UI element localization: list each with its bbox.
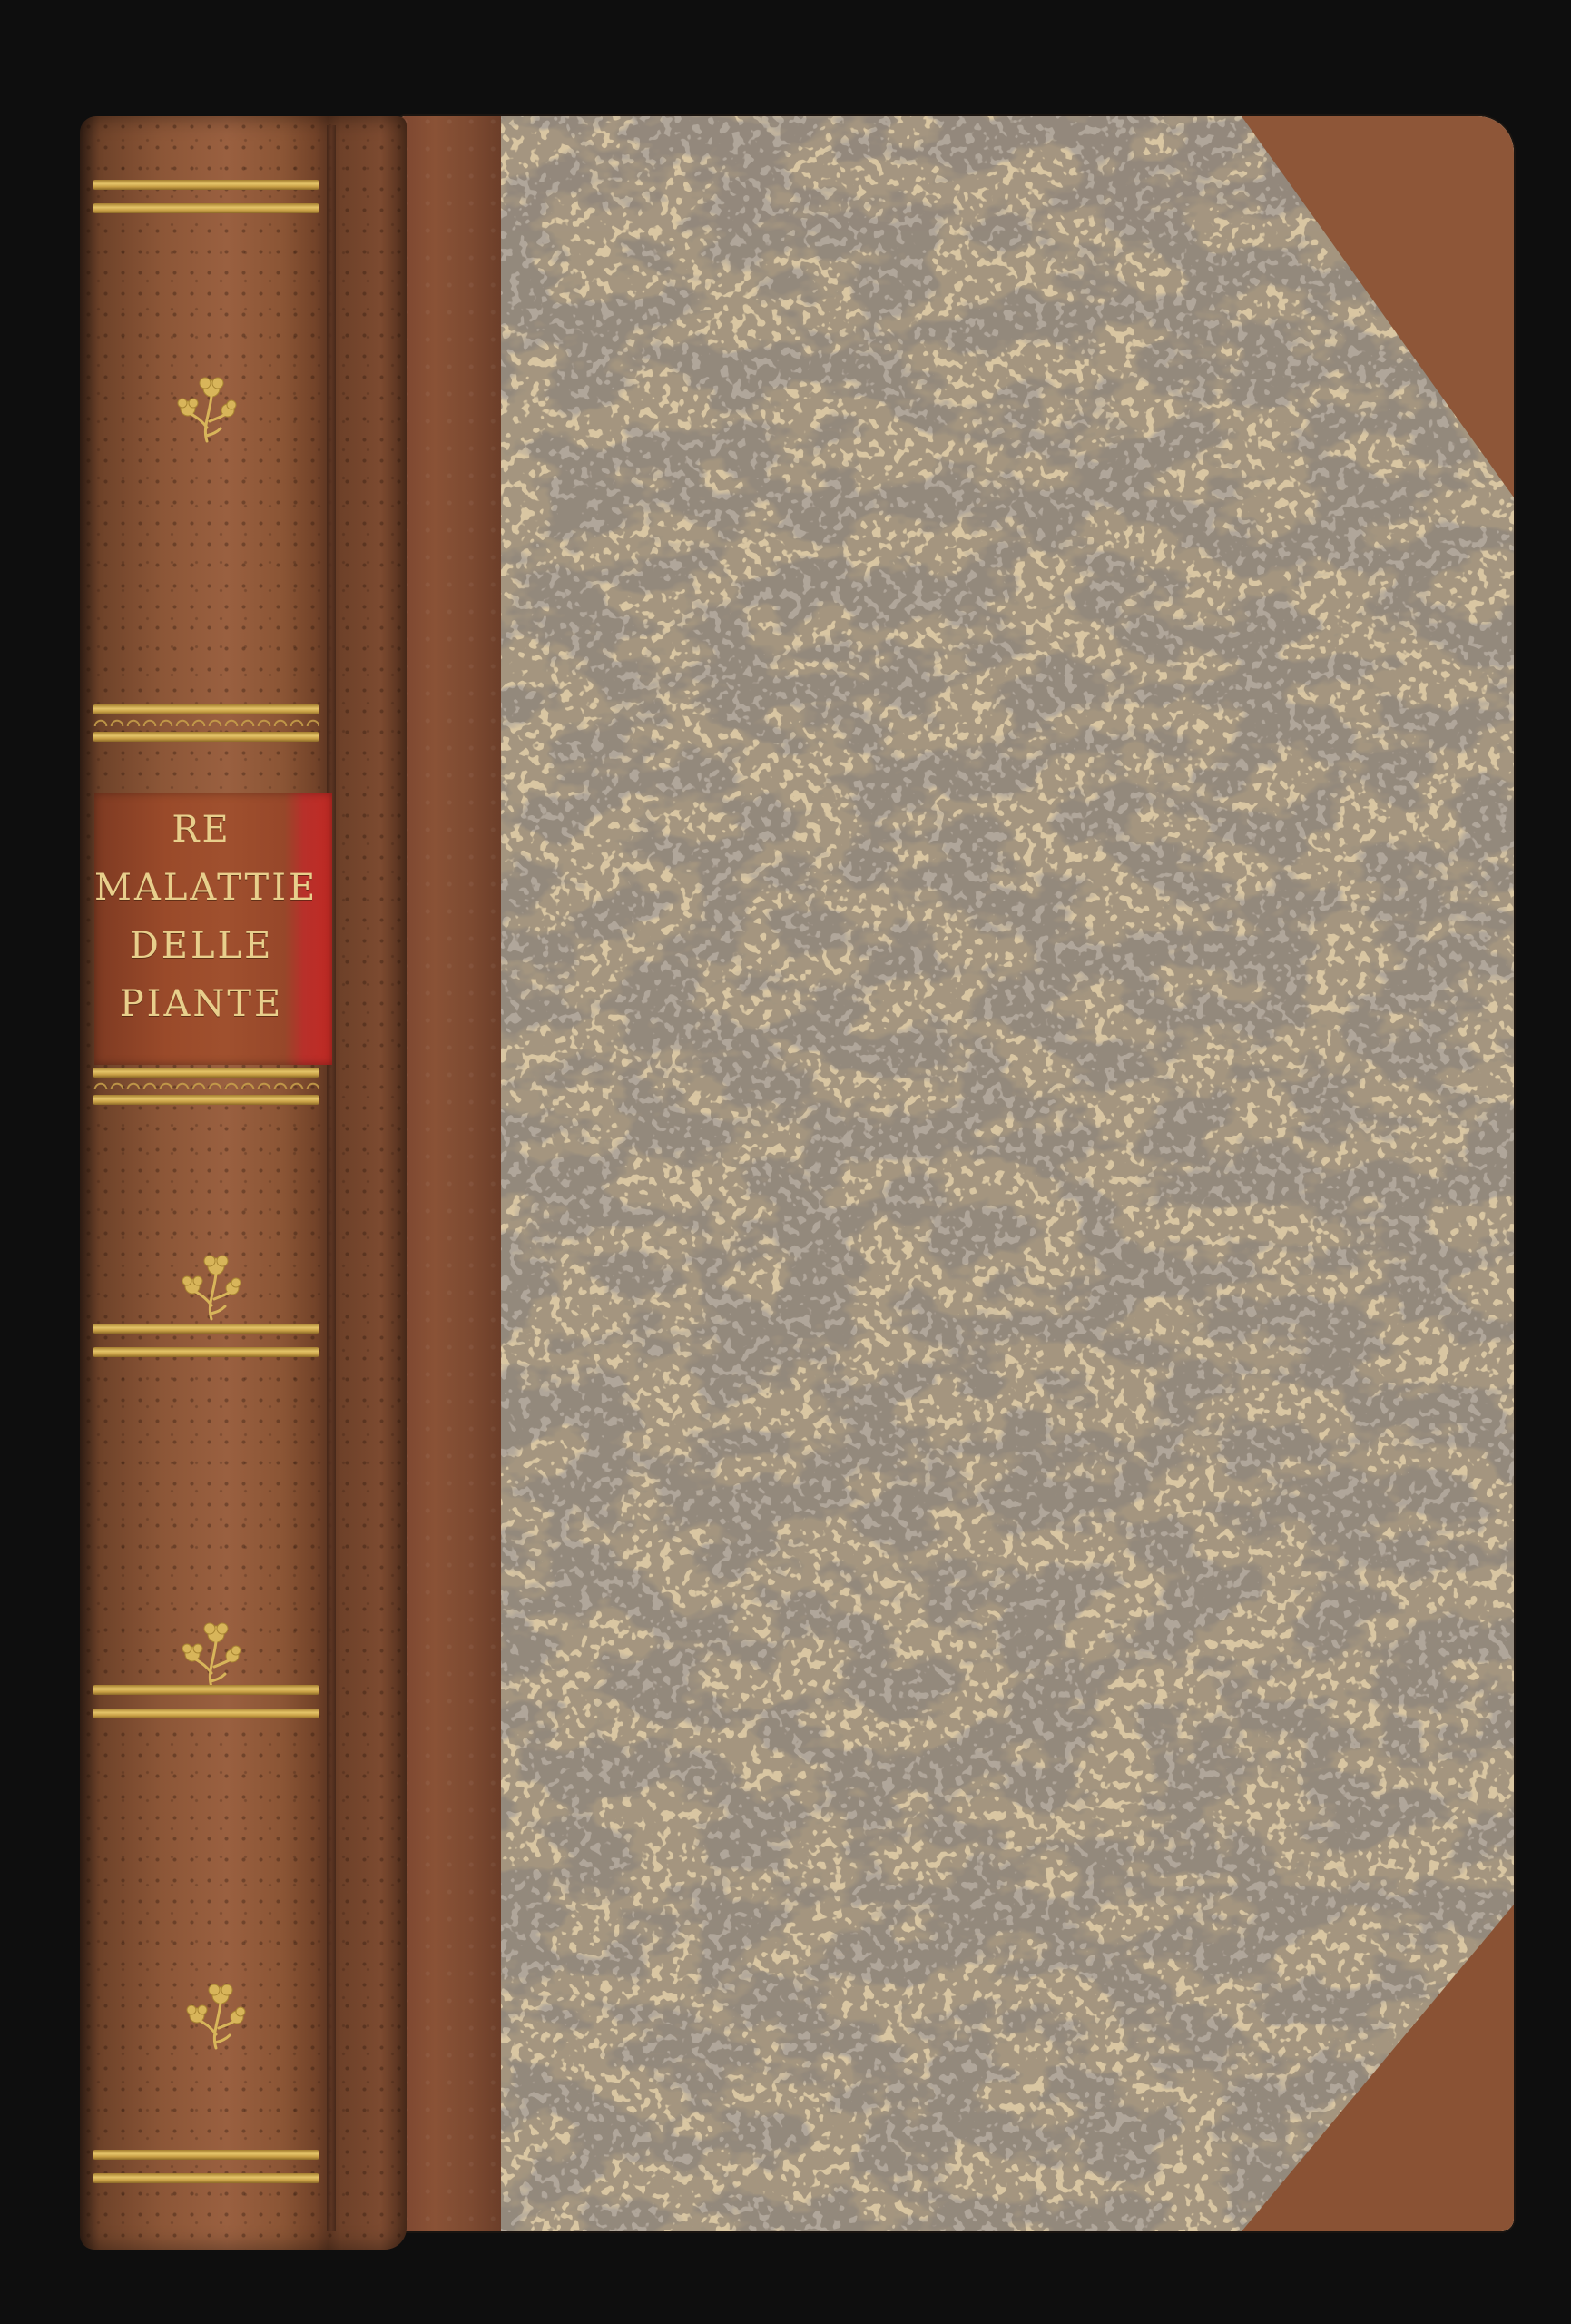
flower-ornament-icon <box>175 1975 257 2057</box>
flower-ornament-icon <box>166 369 248 450</box>
spine-title-label: RE MALATTIE DELLE PIANTE <box>94 793 332 1065</box>
gilt-band-head <box>93 180 319 222</box>
leather-backstrip-edge <box>399 116 501 2231</box>
spine-hinge <box>327 125 336 2231</box>
front-cover <box>399 116 1514 2231</box>
title-line-4: PIANTE <box>94 983 309 1025</box>
gilt-band-tail <box>93 2150 319 2191</box>
leather-corner-bottom <box>1242 1905 1514 2231</box>
title-line-1: RE <box>94 809 309 851</box>
leather-corner-top <box>1242 116 1514 497</box>
flower-ornament-icon <box>171 1246 252 1328</box>
gilt-band-label-bottom <box>93 1068 319 1109</box>
title-line-2: MALATTIE <box>94 867 309 909</box>
gilt-band-label-top <box>93 704 319 746</box>
title-line-3: DELLE <box>94 925 309 967</box>
book-photo: RE MALATTIE DELLE PIANTE <box>0 0 1571 2324</box>
gilt-band-lower <box>93 1685 319 1727</box>
gilt-band-middle <box>93 1324 319 1365</box>
flower-ornament-icon <box>171 1614 252 1696</box>
book-spine: RE MALATTIE DELLE PIANTE <box>80 116 407 2250</box>
